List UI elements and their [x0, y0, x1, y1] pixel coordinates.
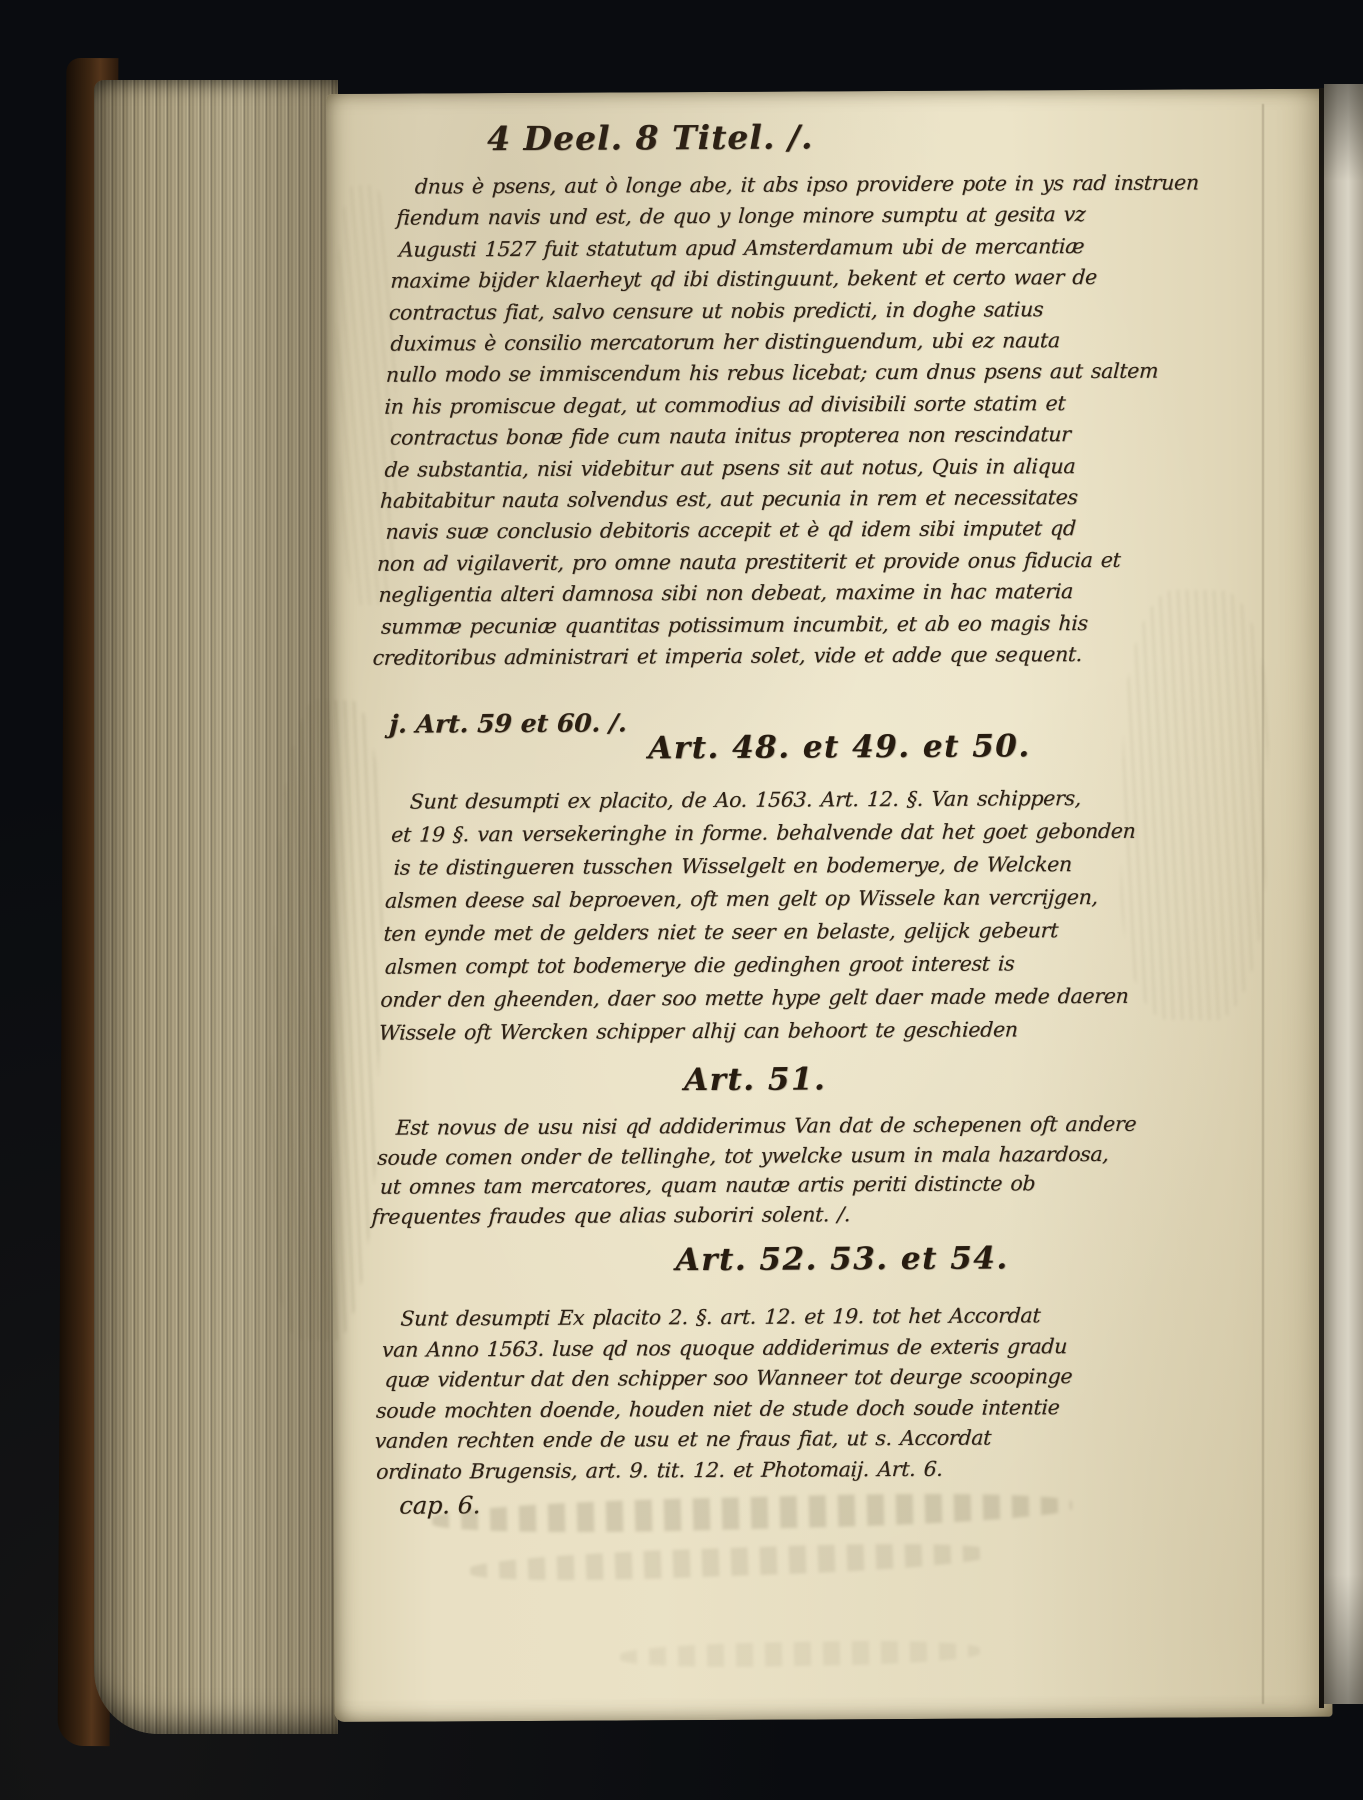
manuscript-line: van Anno 1563. luse qd nos quoque addide…	[381, 1330, 1169, 1365]
manuscript-line: navis suæ conclusio debitoris accepit et…	[385, 513, 1159, 548]
page-fold-line	[1262, 104, 1264, 1704]
manuscript-line: contractus fiat, salvo censure ut nobis …	[388, 293, 1169, 328]
section-heading-art-48-49-50: Art. 48. et 49. et 50.	[579, 728, 1099, 767]
page-header: 4 Deel. 8 Titel. /.	[390, 117, 910, 159]
manuscript-line: dnus è psens, aut ò longe abe, it abs ip…	[414, 168, 1175, 203]
manuscript-line: in his promiscue degat, ut commodius ad …	[384, 387, 1165, 422]
section-1-paragraph: dnus è psens, aut ò longe abe, it abs ip…	[372, 168, 1176, 675]
manuscript-line: negligentia alteri damnosa sibi non debe…	[378, 576, 1156, 611]
manuscript-line: ordinato Brugensis, art. 9. tit. 12. et …	[375, 1452, 1163, 1487]
manuscript-line: ten eynde met de gelders niet te seer en…	[383, 914, 1165, 951]
manuscript-line: duximus è consilio mercatorum her distin…	[390, 325, 1168, 360]
facing-page-edge	[1324, 84, 1363, 1704]
section-heading-art-51: Art. 51.	[615, 1061, 895, 1098]
section-2-paragraph: Sunt desumpti ex placito, de Ao. 1563. A…	[378, 782, 1170, 1050]
manuscript-line: frequentes fraudes que alias suboriri so…	[371, 1198, 1162, 1232]
manuscript-line: soude comen onder de tellinghe, tot ywel…	[377, 1139, 1165, 1173]
manuscript-line: fiendum navis und est, de quo y longe mi…	[396, 199, 1174, 234]
manuscript-line: et 19 §. van versekeringhe in forme. beh…	[390, 815, 1169, 852]
manuscript-line: onder den gheenden, daer soo mette hype …	[380, 980, 1162, 1017]
section-3-paragraph: Est novus de usu nisi qd addiderimus Van…	[371, 1110, 1167, 1232]
manuscript-line: non ad vigilaverit, pro omne nauta prest…	[376, 545, 1157, 580]
manuscript-line: alsmen compt tot bodemerye die gedinghen…	[384, 947, 1163, 984]
manuscript-line: vanden rechten ende de usu et ne fraus f…	[374, 1422, 1165, 1457]
manuscript-line: alsmen deese sal beproeven, oft men gelt…	[384, 881, 1166, 918]
section-4-paragraph: Sunt desumpti Ex placito 2. §. art. 12. …	[372, 1300, 1171, 1487]
manuscript-line: is te distingueren tusschen Wisselgelt e…	[393, 848, 1168, 885]
manuscript-line: Wissele oft Wercken schipper alhij can b…	[378, 1013, 1160, 1050]
manuscript-line: maxime bijder klaerheyt qd ibi distinguu…	[390, 262, 1171, 297]
closing-line: cap. 6.	[399, 1491, 482, 1519]
section-heading-art-52-53-54: Art. 52. 53. et 54.	[592, 1240, 1092, 1279]
manuscript-line: quæ videntur dat den schipper soo Wannee…	[384, 1361, 1168, 1396]
manuscript-line: Est novus de usu nisi qd addiderimus Van…	[395, 1110, 1166, 1144]
manuscript-line: ut omnes tam mercatores, quam nautæ arti…	[379, 1169, 1163, 1203]
manuscript-line: soude mochten doende, houden niet de stu…	[375, 1391, 1166, 1426]
manuscript-line: Sunt desumpti ex placito, de Ao. 1563. A…	[409, 782, 1171, 819]
manuscript-photo: 4 Deel. 8 Titel. /. dnus è psens, aut ò …	[0, 0, 1363, 1800]
manuscript-line: creditoribus administrari et imperia sol…	[372, 639, 1153, 674]
manuscript-line: de substantia, nisi videbitur aut psens …	[384, 450, 1162, 485]
manuscript-line: Augusti 1527 fuit statutum apud Amsterda…	[398, 230, 1172, 265]
manuscript-line: contractus bonæ fide cum nauta initus pr…	[389, 419, 1163, 454]
manuscript-page: 4 Deel. 8 Titel. /. dnus è psens, aut ò …	[326, 89, 1333, 1722]
manuscript-line: nullo modo se immiscendum his rebus lice…	[385, 356, 1166, 391]
fore-edge-page-stack	[94, 80, 338, 1734]
manuscript-line: habitabitur nauta solvendus est, aut pec…	[379, 482, 1160, 517]
manuscript-line: summæ pecuniæ quantitas potissimum incum…	[380, 607, 1154, 642]
manuscript-line: Sunt desumpti Ex placito 2. §. art. 12. …	[400, 1300, 1171, 1335]
